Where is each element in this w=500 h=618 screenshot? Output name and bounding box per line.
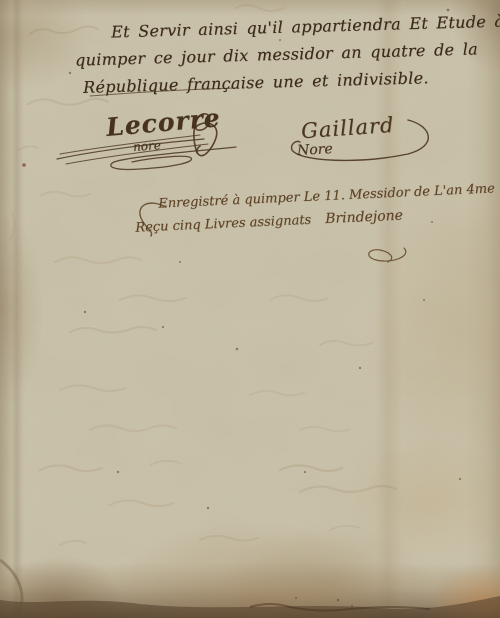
signature-brindejone: Brindejone <box>325 208 403 228</box>
bleed-through-texture <box>0 0 500 618</box>
paper-grain-texture <box>0 0 500 618</box>
closing-clause-line-1: Et Servir ainsi qu'il appartiendra Et Et… <box>111 12 500 42</box>
signature-gaillard: Gaillard <box>300 113 395 143</box>
brindejone-paraph <box>369 248 406 262</box>
closing-clause-line-3: République française une et indivisible. <box>83 68 429 97</box>
signature-lecorre-title: nore <box>133 138 162 154</box>
manuscript-page: Et Servir ainsi qu'il appartiendra Et Et… <box>0 0 500 618</box>
signature-lecorre: Lecorre <box>105 103 222 142</box>
lecorre-oval-flourish <box>111 147 236 169</box>
registration-fee-text: Reçu cinq Livres assignats <box>135 213 311 236</box>
bottom-left-fold-crease <box>0 560 22 618</box>
paper-stains <box>0 0 500 618</box>
signature-gaillard-title: Nore <box>297 141 333 159</box>
bottom-torn-edge <box>0 0 500 618</box>
ink-flourishes <box>0 0 500 618</box>
closing-clause-line-2: quimper ce jour dix messidor an quatre d… <box>75 39 478 69</box>
registration-note: Enregistré à quimper Le 11. Messidor de … <box>128 182 489 236</box>
